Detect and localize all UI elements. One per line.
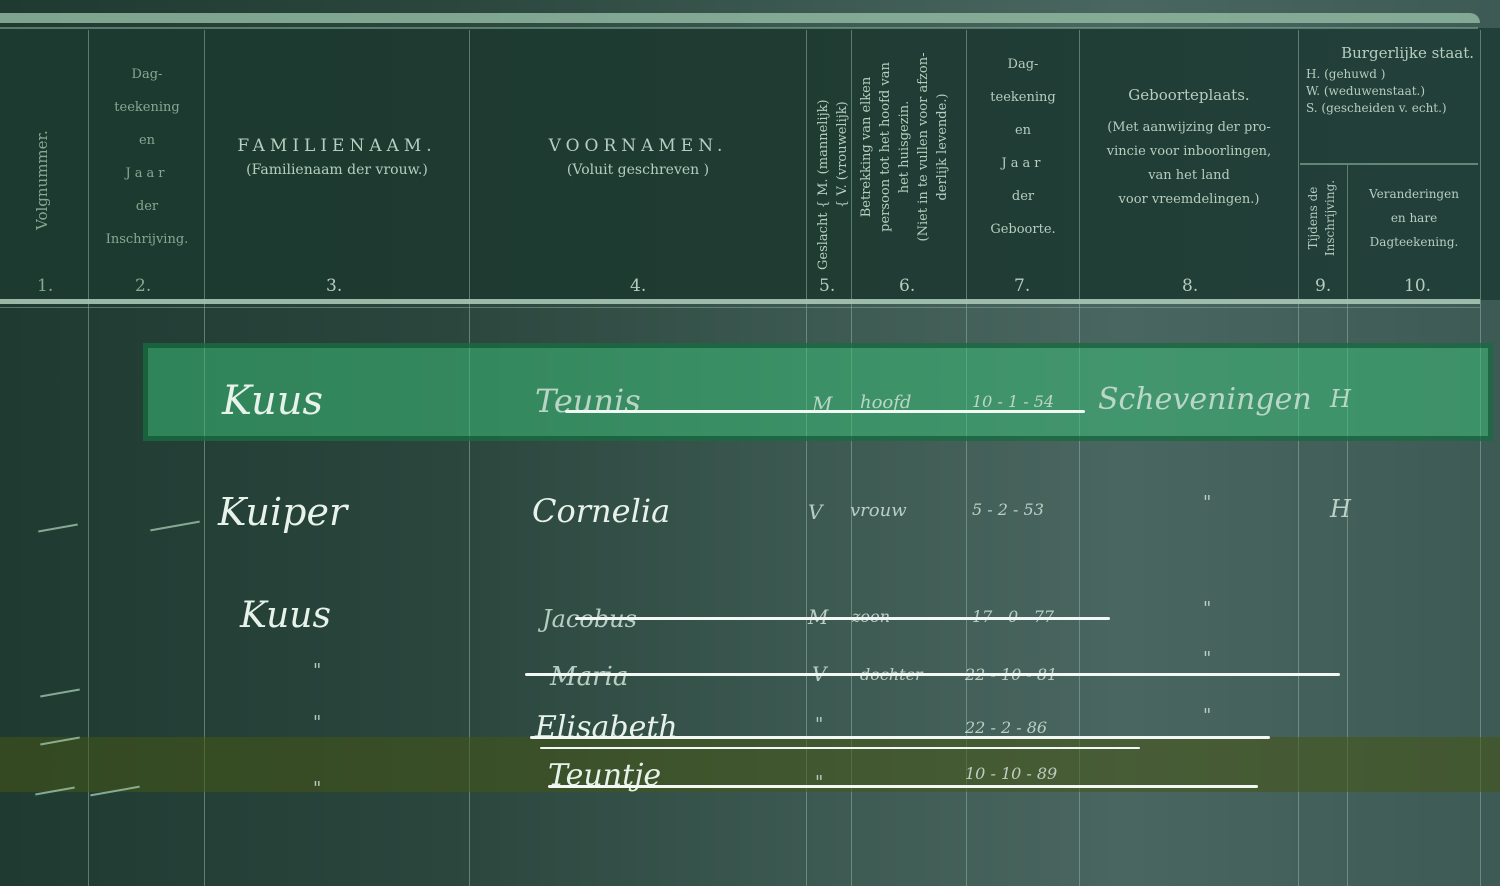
strikethrough [565,410,1085,413]
given-name: Cornelia [532,492,670,530]
tick-mark [150,521,200,532]
header-volgnummer: Volgnummer. [33,130,52,230]
birthplace: " [1203,598,1211,619]
birthplace: " [1203,492,1211,513]
strikethrough [540,747,1140,749]
column-number-2: 2. [135,276,151,296]
strikethrough [530,736,1270,739]
strikethrough [548,785,1258,788]
tick-mark [38,524,78,533]
column-number-5: 5. [819,276,835,296]
header-bottom-rule-thin [0,307,1480,308]
header-betrekking: Betrekking van elken persoon tot het hoo… [857,32,952,262]
surname: " [313,660,321,681]
surname: " [313,712,321,733]
column-number-4: 4. [630,276,646,296]
given-name: Elisabeth [535,710,678,745]
surname: Kuiper [218,490,347,534]
strikethrough [575,617,1110,620]
top-rule-thin [0,27,1478,29]
surname: Kuus [240,595,331,636]
given-name: Teunis [535,382,641,420]
header-dagteekening-inschrijving: Dag- teekening en Jaar der Inschrijving. [92,58,202,256]
column-number-7: 7. [1014,276,1030,296]
column-number-9: 9. [1315,276,1331,296]
header-bottom-rule [0,299,1480,304]
surname: Kuus [222,378,323,424]
birth-date: 5 - 2 - 53 [972,500,1044,519]
civil-status: H [1330,495,1351,523]
birth-date: 10 - 1 - 54 [972,392,1054,411]
relation: vrouw [850,500,907,521]
sex: " [815,714,823,735]
column-number-3: 3. [326,276,342,296]
header-separator [1300,163,1478,165]
top-rule [0,13,1480,23]
civil-status: H [1330,385,1351,413]
column-number-6: 6. [899,276,915,296]
given-name: Maria [550,662,628,692]
header-geboorteplaats: Geboorteplaats. (Met aanwijzing der pro-… [1080,86,1298,212]
strikethrough [525,673,1340,676]
birthplace: " [1203,648,1211,669]
surname: " [313,778,321,799]
column-number-1: 1. [37,276,53,296]
header-burgerlijke-staat: Burgerlijke staat. H. (gehuwd ) W. (wedu… [1300,44,1478,117]
highlight-row-6 [0,737,1500,792]
header-voornamen: VOORNAMEN. (Voluit geschreven ) [470,136,806,178]
header-dagteekening-geboorte: Dag- teekening en Jaar der Geboorte. [967,48,1079,246]
sex: " [815,772,823,793]
column-number-8: 8. [1182,276,1198,296]
birth-date: 10 - 10 - 89 [965,764,1057,783]
birthplace: Scheveningen [1098,382,1312,417]
sex: V [808,500,822,524]
header-geslacht: Geslacht { M. (mannelijk) { V. (vrouweli… [814,99,852,270]
birthplace: " [1203,705,1211,726]
header-tijdens-inschrijving: Tijdens de Inschrijving. [1305,168,1339,268]
header-veranderingen: Veranderingen en hare Dagteekening. [1348,182,1480,254]
register-page: Volgnummer. 1. Dag- teekening en Jaar de… [0,0,1500,886]
header-familienaam: FAMILIENAAM. (Familienaam der vrouw.) [206,136,468,178]
birth-date: 22 - 2 - 86 [965,718,1047,737]
column-number-10: 10. [1404,276,1431,296]
tick-mark [40,689,80,698]
